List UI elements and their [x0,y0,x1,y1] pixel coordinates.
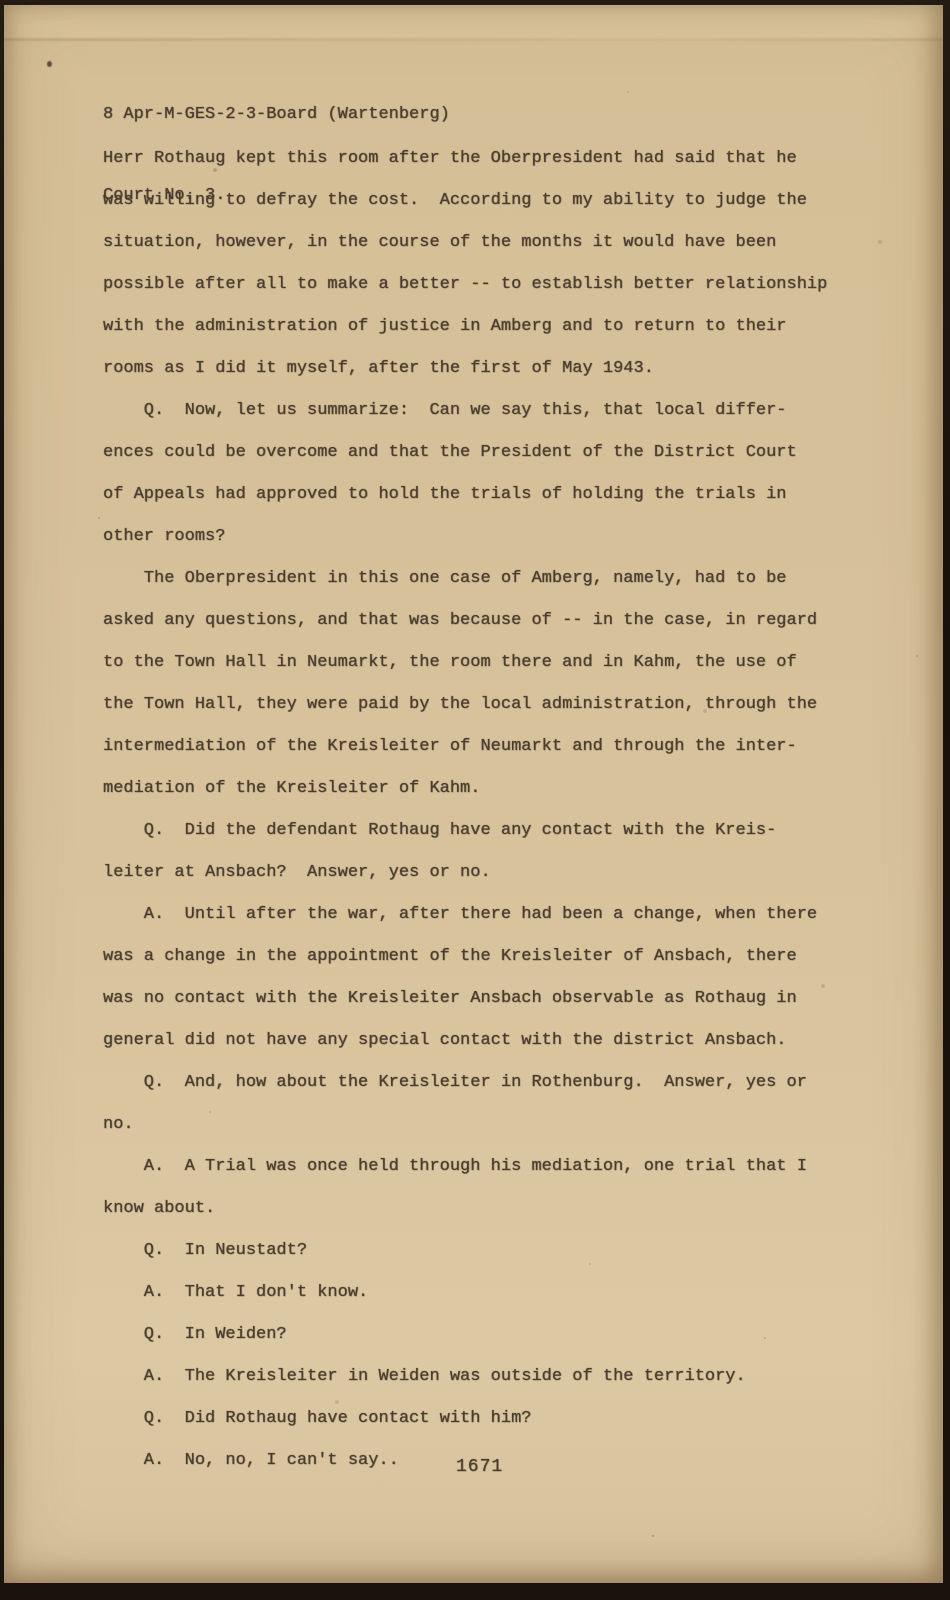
transcript-line: intermediation of the Kreisleiter of Neu… [103,726,827,768]
transcript-line: Q. Did Rothaug have contact with him? [103,1398,827,1440]
transcript-line: was willing to defray the cost. Accordin… [103,180,827,222]
transcript-line: know about. [103,1188,827,1230]
transcript-line: Q. In Neustadt? [103,1230,827,1272]
transcript-line: asked any questions, and that was becaus… [103,600,827,642]
transcript-line: to the Town Hall in Neumarkt, the room t… [103,642,827,684]
transcript-line: A. The Kreisleiter in Weiden was outside… [103,1356,827,1398]
transcript-line: Q. Did the defendant Rothaug have any co… [103,810,827,852]
transcript-line: with the administration of justice in Am… [103,306,827,348]
transcript-body: Herr Rothaug kept this room after the Ob… [103,138,827,1482]
transcript-line: Q. Now, let us summarize: Can we say thi… [103,390,827,432]
transcript-line: The Oberpresident in this one case of Am… [103,558,827,600]
transcript-line: possible after all to make a better -- t… [103,264,827,306]
transcript-line: was a change in the appointment of the K… [103,936,827,978]
transcript-line: Q. And, how about the Kreisleiter in Rot… [103,1062,827,1104]
transcript-line: rooms as I did it myself, after the firs… [103,348,827,390]
transcript-line: general did not have any special contact… [103,1020,827,1062]
transcript-line: no. [103,1104,827,1146]
transcript-line: Herr Rothaug kept this room after the Ob… [103,138,827,180]
transcript-line: was no contact with the Kreisleiter Ansb… [103,978,827,1020]
document-page: 8 Apr-M-GES-2-3-Board (Wartenberg) Court… [4,5,943,1583]
transcript-line: A. That I don't know. [103,1272,827,1314]
scan-background: 8 Apr-M-GES-2-3-Board (Wartenberg) Court… [0,0,950,1600]
transcript-line: other rooms? [103,516,827,558]
paper-specks [4,5,6,7]
transcript-line: of Appeals had approved to hold the tria… [103,474,827,516]
transcript-line: A. Until after the war, after there had … [103,894,827,936]
header-docket-line: 8 Apr-M-GES-2-3-Board (Wartenberg) [103,101,450,128]
paper-crease [4,38,943,41]
page-number: 1671 [456,1457,503,1477]
transcript-line: ences could be overcome and that the Pre… [103,432,827,474]
transcript-line: the Town Hall, they were paid by the loc… [103,684,827,726]
transcript-line: Q. In Weiden? [103,1314,827,1356]
transcript-line: situation, however, in the course of the… [103,222,827,264]
stray-ink-dot [47,61,52,67]
transcript-line: leiter at Ansbach? Answer, yes or no. [103,852,827,894]
transcript-line: mediation of the Kreisleiter of Kahm. [103,768,827,810]
transcript-line: A. A Trial was once held through his med… [103,1146,827,1188]
